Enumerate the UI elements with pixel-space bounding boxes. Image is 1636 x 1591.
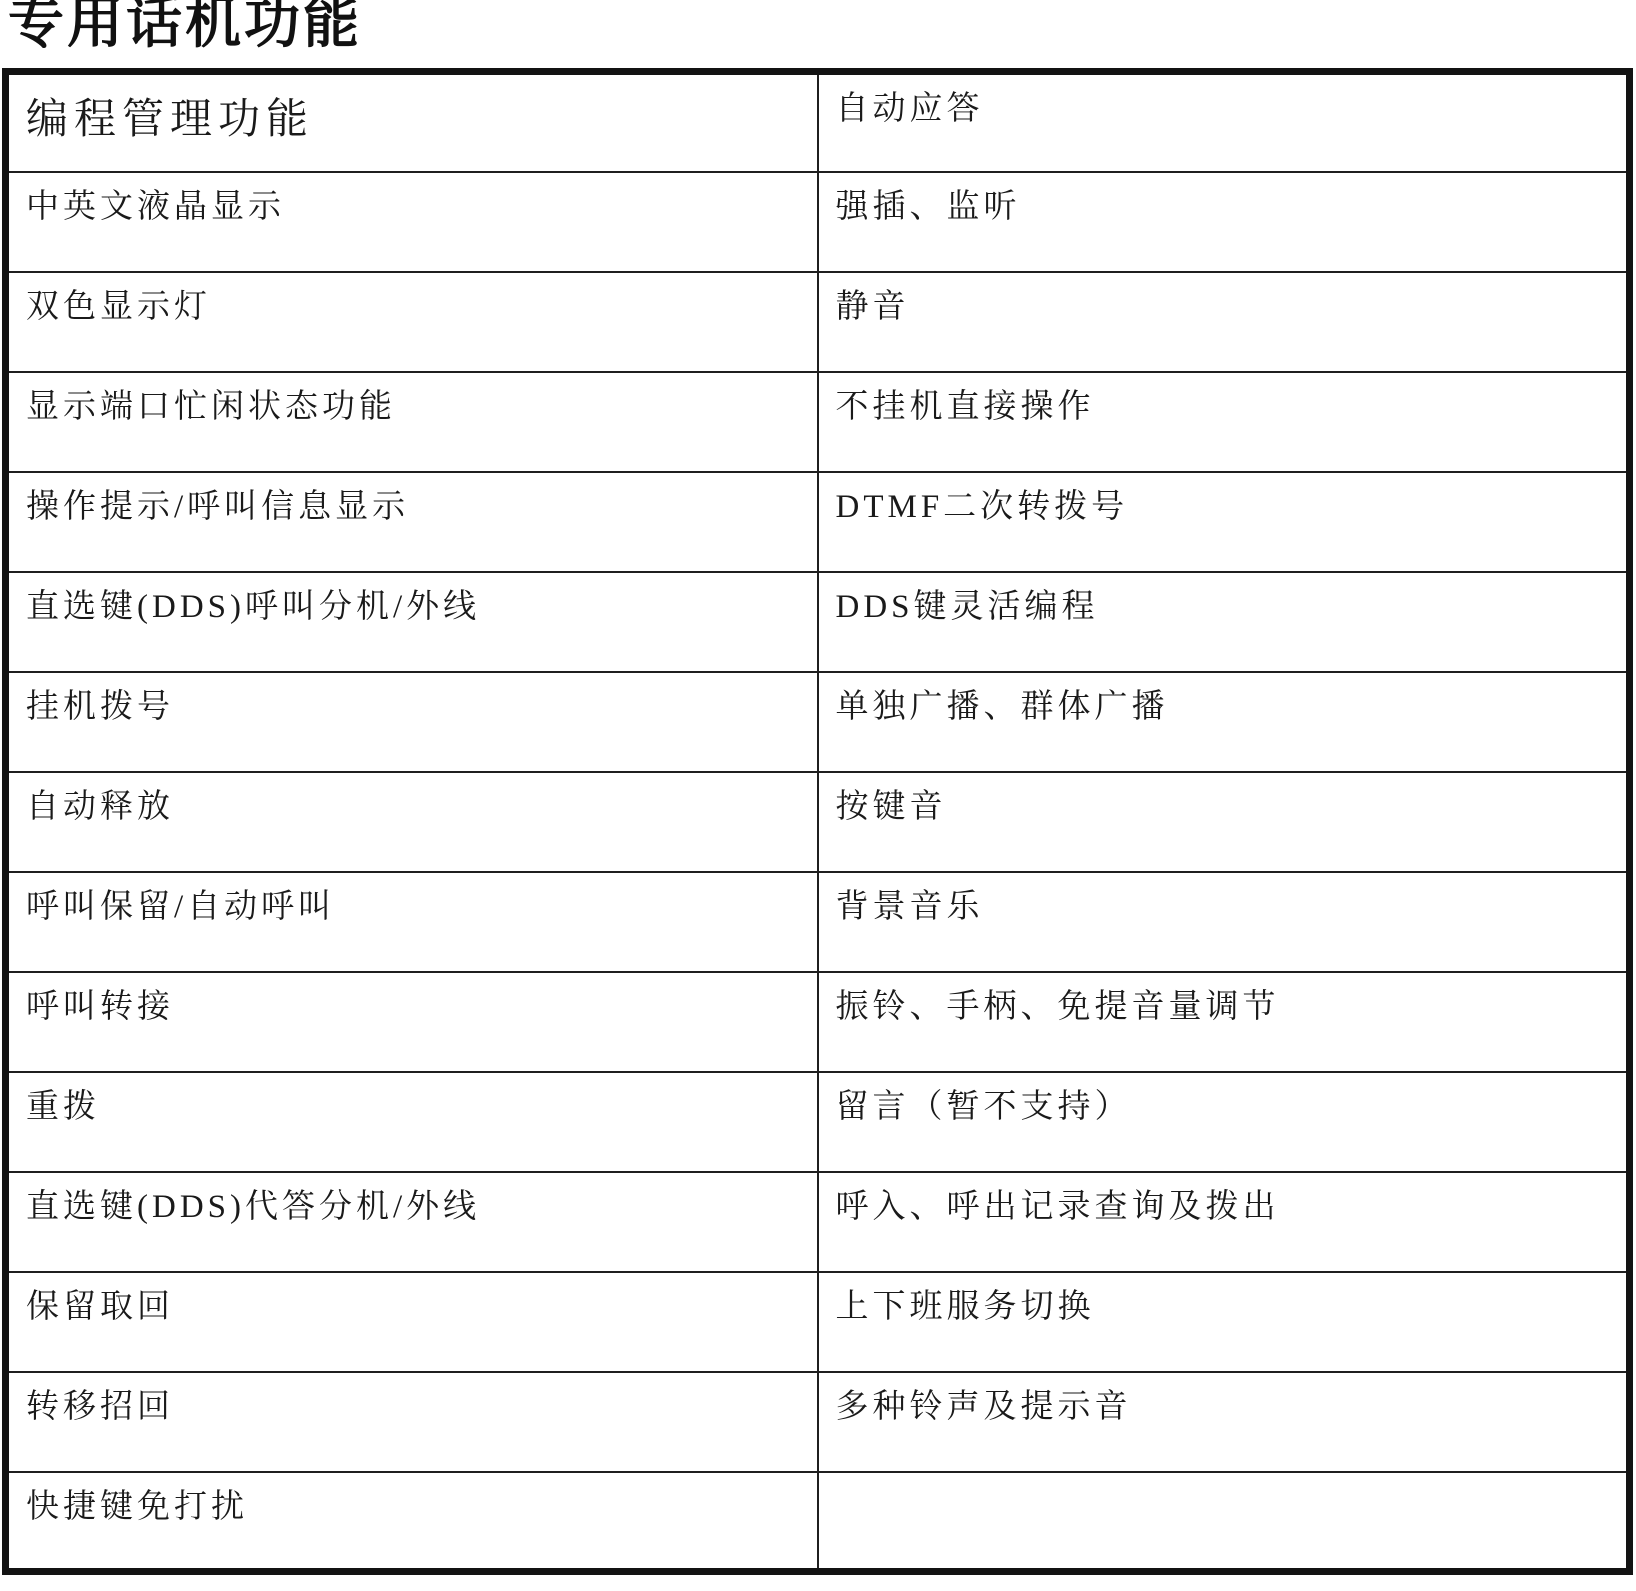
cell-left: 操作提示/呼叫信息显示: [6, 472, 818, 572]
table-row: 呼叫保留/自动呼叫 背景音乐: [6, 872, 1630, 972]
table-row: 快捷键免打扰: [6, 1472, 1630, 1572]
cell-right: 振铃、手柄、免提音量调节: [818, 972, 1630, 1072]
table-row: 直选键(DDS)呼叫分机/外线 DDS键灵活编程: [6, 572, 1630, 672]
table-row: 呼叫转接 振铃、手柄、免提音量调节: [6, 972, 1630, 1072]
cell-right: DTMF二次转拨号: [818, 472, 1630, 572]
cell-left: 自动释放: [6, 772, 818, 872]
cell-left: 双色显示灯: [6, 272, 818, 372]
table-row: 编程管理功能 自动应答: [6, 72, 1630, 172]
cell-left: 重拨: [6, 1072, 818, 1172]
table-row: 双色显示灯 静音: [6, 272, 1630, 372]
table-row: 重拨 留言（暂不支持）: [6, 1072, 1630, 1172]
cell-left: 呼叫保留/自动呼叫: [6, 872, 818, 972]
document-page: { "page_title": "专用话机功能", "colors": { "b…: [0, 0, 1636, 1591]
cell-left: 快捷键免打扰: [6, 1472, 818, 1572]
table-row: 显示端口忙闲状态功能 不挂机直接操作: [6, 372, 1630, 472]
cell-right: 强插、监听: [818, 172, 1630, 272]
table-row: 转移招回 多种铃声及提示音: [6, 1372, 1630, 1472]
cell-right: 按键音: [818, 772, 1630, 872]
table-row: 保留取回 上下班服务切换: [6, 1272, 1630, 1372]
cell-right: 单独广播、群体广播: [818, 672, 1630, 772]
page-title: 专用话机功能: [8, 0, 362, 54]
cell-right: 上下班服务切换: [818, 1272, 1630, 1372]
cell-left: 直选键(DDS)呼叫分机/外线: [6, 572, 818, 672]
cell-right: [818, 1472, 1630, 1572]
cell-right: 多种铃声及提示音: [818, 1372, 1630, 1472]
table-row: 中英文液晶显示 强插、监听: [6, 172, 1630, 272]
table-row: 挂机拨号 单独广播、群体广播: [6, 672, 1630, 772]
cell-left: 挂机拨号: [6, 672, 818, 772]
cell-right: DDS键灵活编程: [818, 572, 1630, 672]
cell-right: 留言（暂不支持）: [818, 1072, 1630, 1172]
cell-left: 编程管理功能: [6, 72, 818, 172]
table-row: 操作提示/呼叫信息显示 DTMF二次转拨号: [6, 472, 1630, 572]
table-row: 自动释放 按键音: [6, 772, 1630, 872]
table-row: 直选键(DDS)代答分机/外线 呼入、呼出记录查询及拨出: [6, 1172, 1630, 1272]
cell-right: 自动应答: [818, 72, 1630, 172]
phone-features-table: 编程管理功能 自动应答 中英文液晶显示 强插、监听 双色显示灯 静音 显示端口忙…: [2, 68, 1633, 1575]
cell-right: 静音: [818, 272, 1630, 372]
cell-left: 显示端口忙闲状态功能: [6, 372, 818, 472]
cell-right: 背景音乐: [818, 872, 1630, 972]
cell-left: 保留取回: [6, 1272, 818, 1372]
cell-right: 不挂机直接操作: [818, 372, 1630, 472]
cell-left: 转移招回: [6, 1372, 818, 1472]
cell-left: 呼叫转接: [6, 972, 818, 1072]
cell-left: 中英文液晶显示: [6, 172, 818, 272]
cell-right: 呼入、呼出记录查询及拨出: [818, 1172, 1630, 1272]
cell-left: 直选键(DDS)代答分机/外线: [6, 1172, 818, 1272]
